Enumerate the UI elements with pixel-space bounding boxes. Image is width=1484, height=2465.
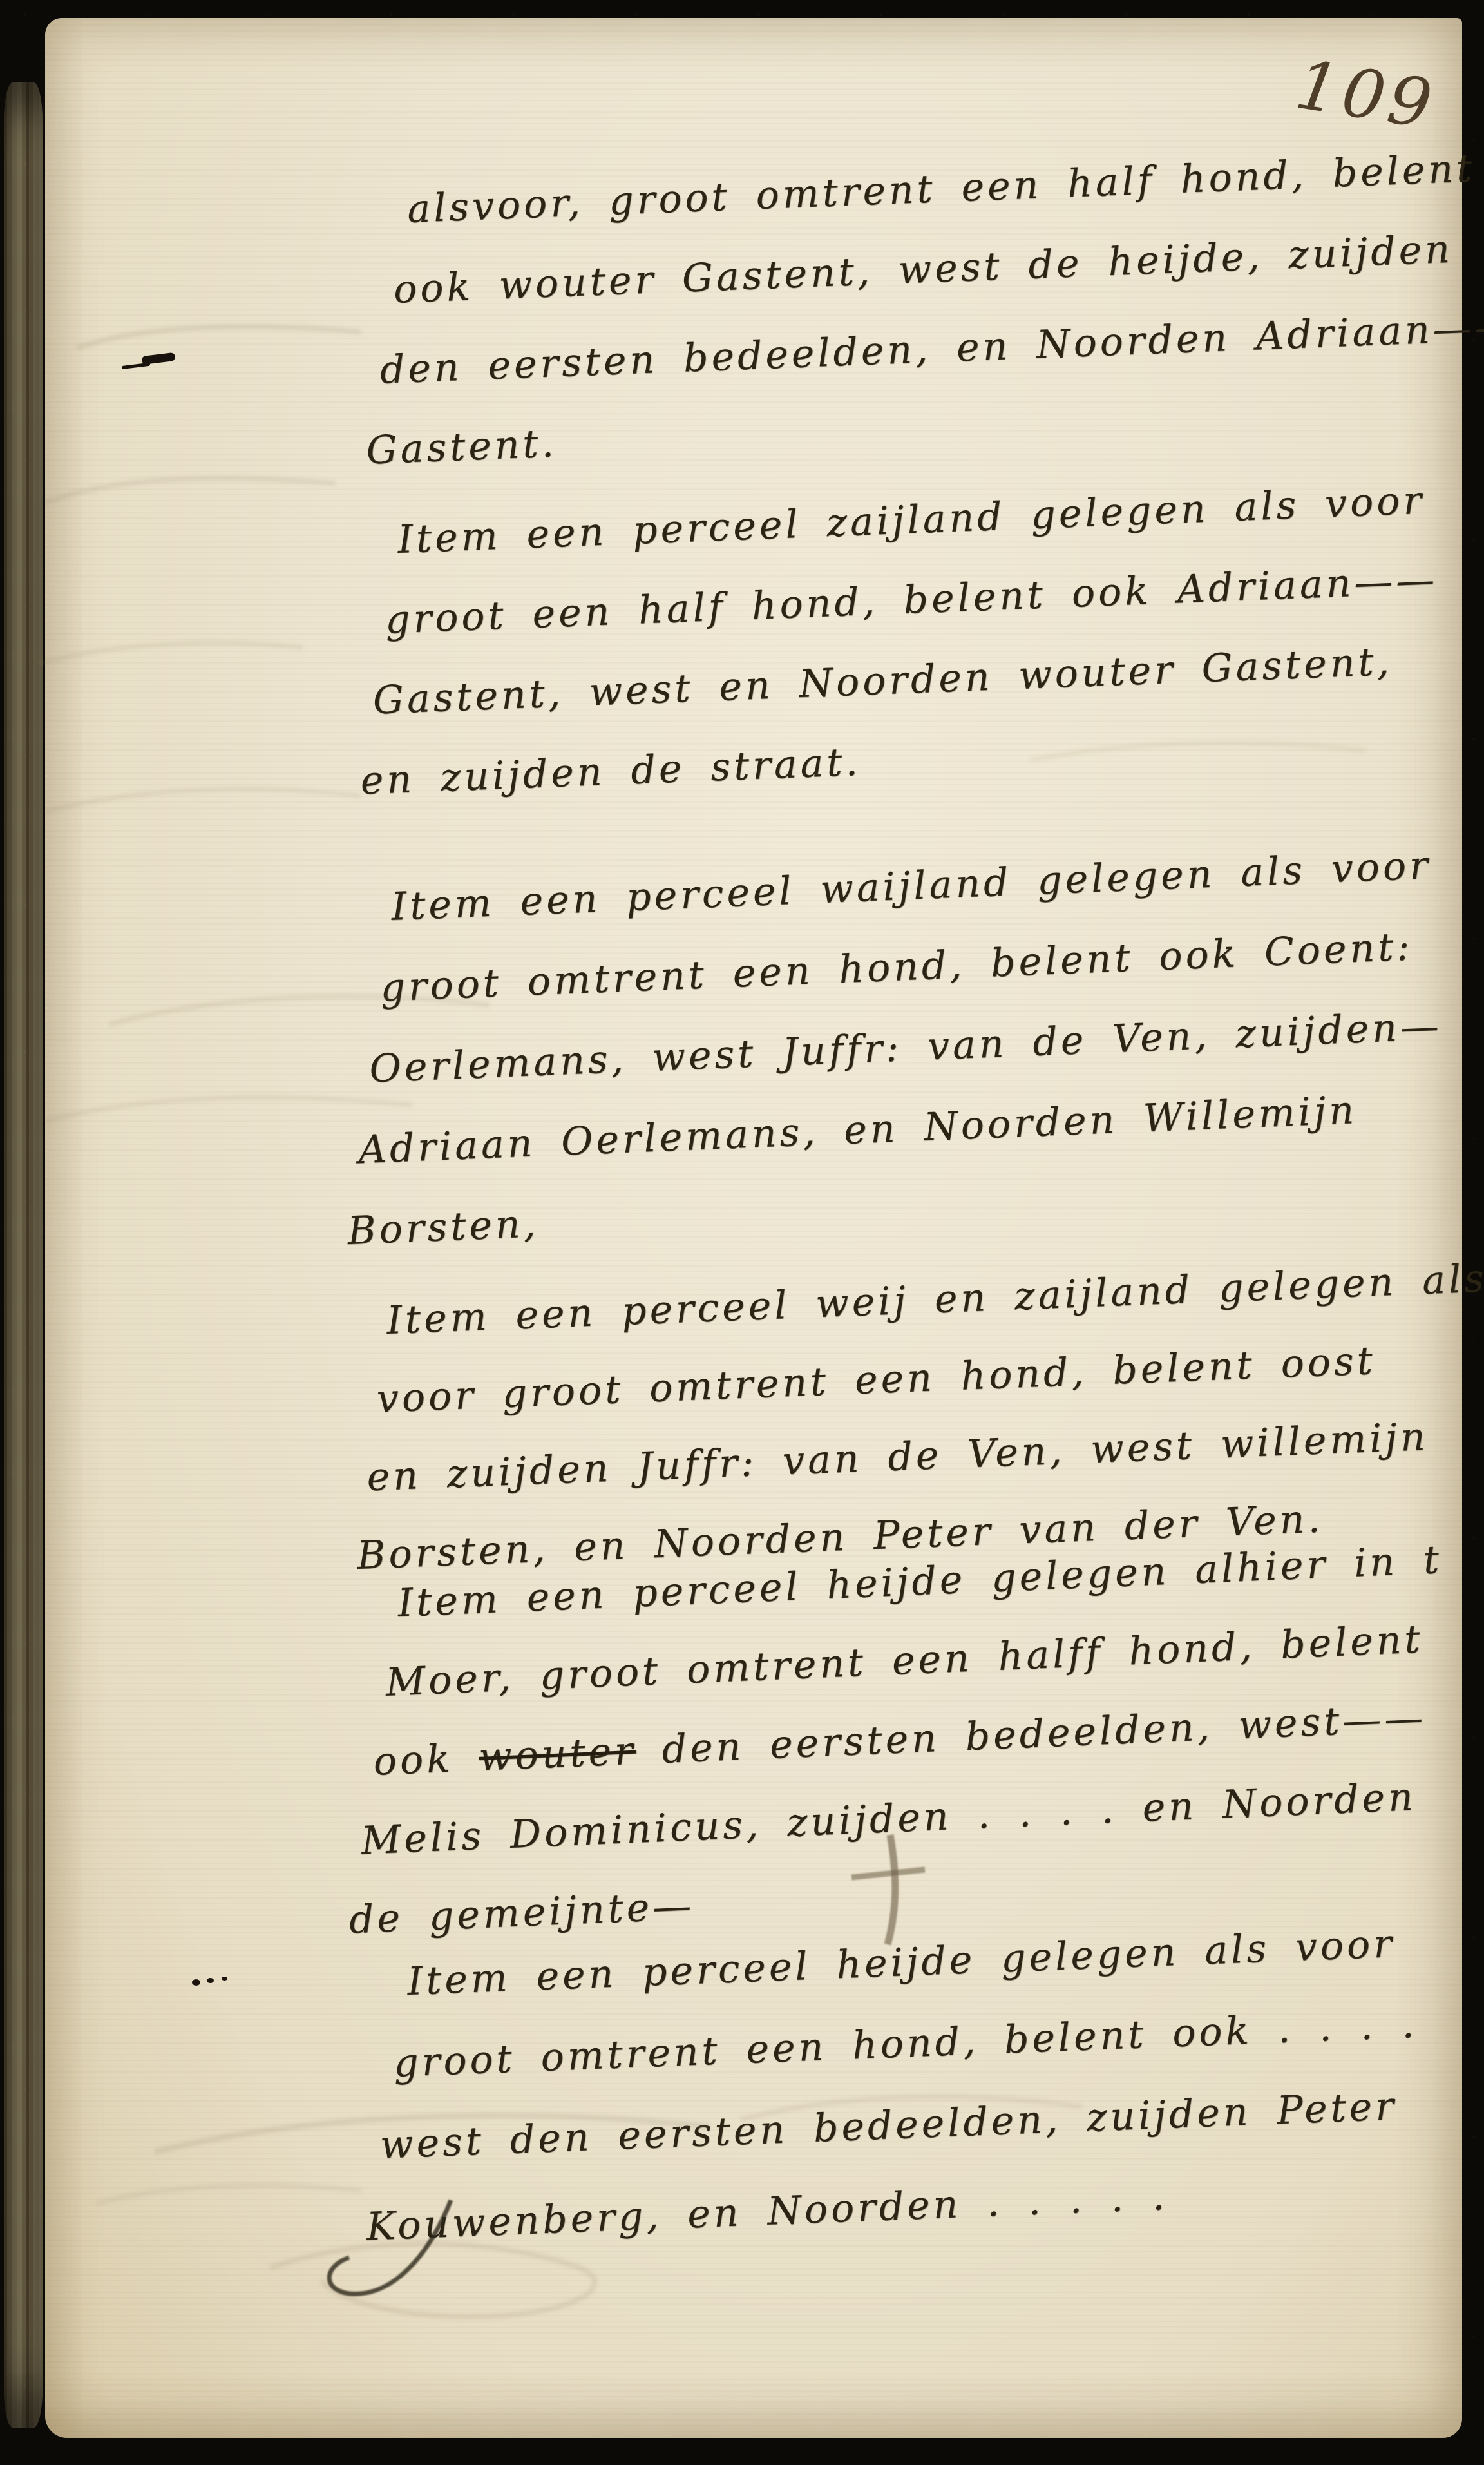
manuscript-paragraph: alsvoor, groot omtrent een half hond, be…: [406, 127, 1484, 488]
margin-dash-mark: [141, 352, 175, 365]
line-segment: ook: [372, 1735, 479, 1785]
struck-out-word: wouter: [478, 1729, 637, 1780]
scanned-manuscript-photo: 109 alsvoor, groot omtrent een half hond…: [0, 0, 1484, 2465]
page-number: 109: [1291, 45, 1441, 144]
book-binding-page-stack: [4, 82, 43, 2428]
manuscript-paragraph: Item een perceel zaijland gelegen als vo…: [396, 460, 1445, 819]
manuscript-paragraph: Item een perceel waijland gelegen als vo…: [390, 825, 1450, 1270]
margin-dots-mark: [192, 1979, 200, 1986]
manuscript-paragraph: Item een perceel heijde gelegen alhier i…: [396, 1520, 1457, 1957]
manuscript-page: 109 alsvoor, groot omtrent een half hond…: [45, 18, 1462, 2438]
manuscript-paragraph: Item een perceel heijde gelegen als voor…: [406, 1903, 1425, 2266]
